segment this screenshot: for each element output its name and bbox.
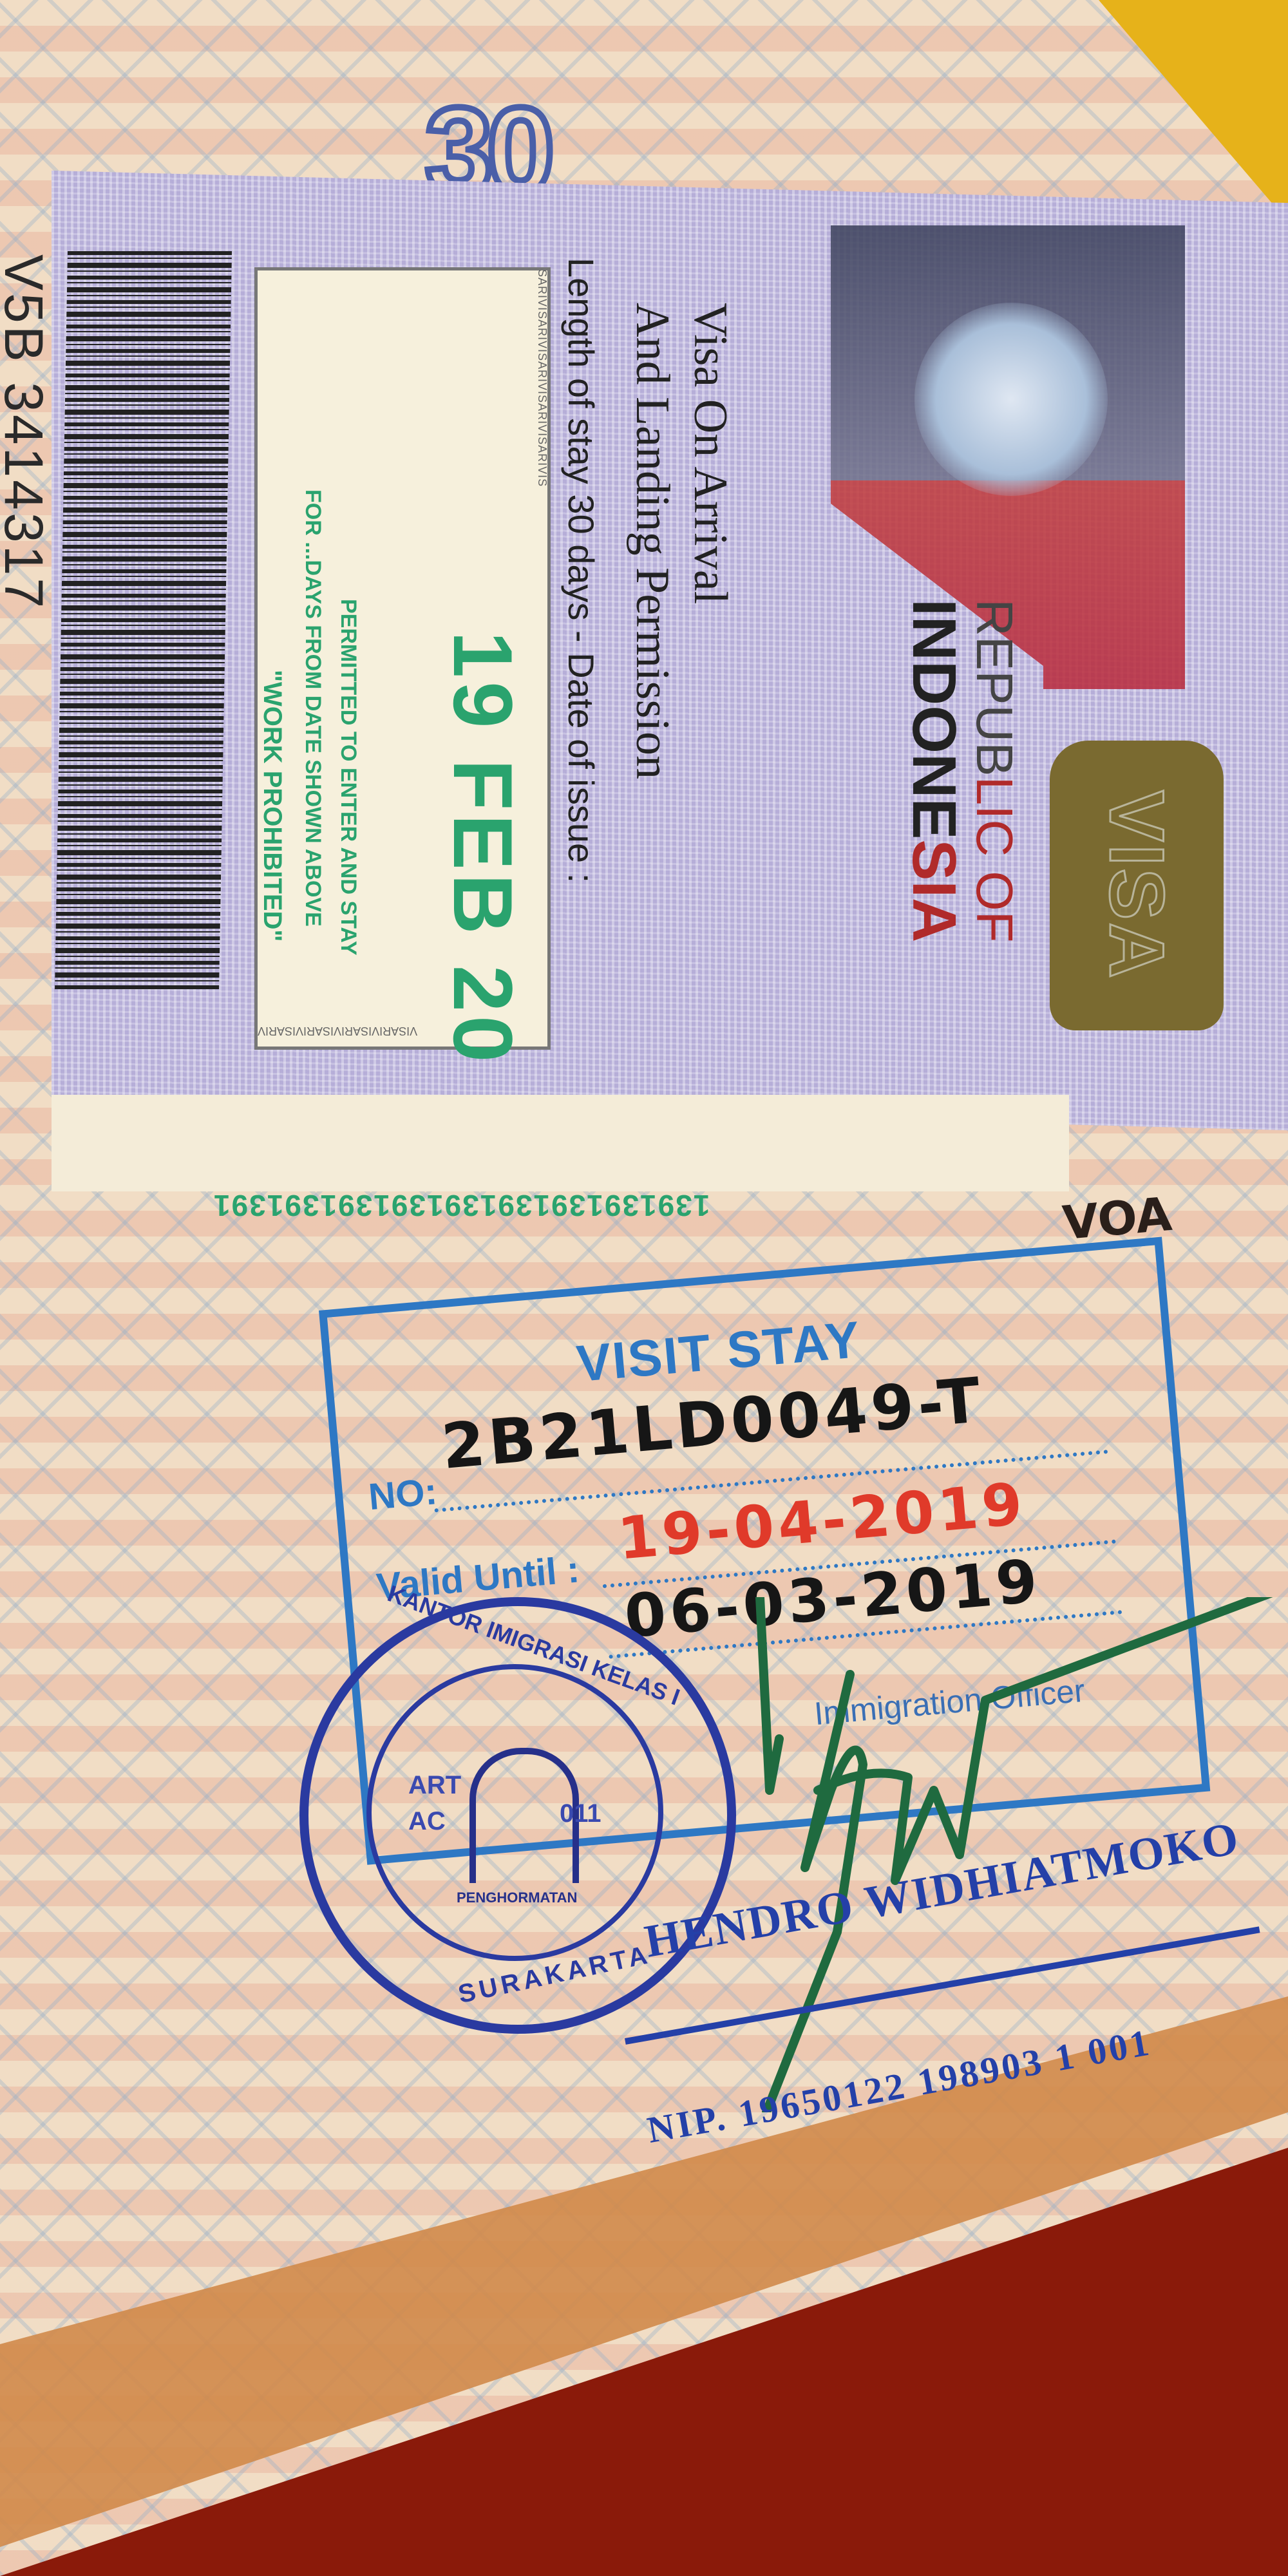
length-of-stay-line: Length of stay 30 days - Date of issue : — [560, 258, 602, 883]
passport-cover-edge — [1018, 0, 1288, 206]
permit-line-3: "WORK PROHIBITED" — [258, 670, 287, 942]
seal-left-text: ARTAC — [408, 1767, 461, 1839]
security-microtext: SARIVISARIVISARIVISARIVISARIVIS — [535, 269, 549, 487]
country-line-1-suffix: LIC OF — [966, 777, 1023, 943]
country-line-1-prefix: REPUB — [966, 599, 1023, 777]
country-line-1: REPUBLIC OF — [965, 599, 1024, 942]
visa-serial-number: V5B 3414317 — [0, 254, 55, 611]
sticker-lower-strip — [52, 1095, 1069, 1191]
seal-art-label: ART — [408, 1767, 461, 1803]
entry-date-stamp: 19 FEB 20 — [435, 631, 531, 1066]
permit-line-1: PERMITTED TO ENTER AND STAY — [336, 599, 361, 956]
visa-subtitle: And Landing Permission — [629, 303, 676, 779]
immigration-office-seal: KANTOR IMIGRASI KELAS I ARTAC 011 PENGHO… — [299, 1597, 736, 2034]
visa-title: Visa On Arrival — [687, 303, 734, 604]
garuda-hologram-icon — [914, 303, 1108, 496]
permit-line-2: FOR ...DAYS FROM DATE SHOWN ABOVE — [300, 489, 325, 927]
stamp-no-label: NO: — [367, 1470, 439, 1519]
country-line-2-suffix: SIA — [900, 839, 969, 942]
country-line-2-prefix: INDONE — [900, 599, 969, 839]
seal-number: 011 — [560, 1799, 601, 1828]
visa-badge: VISA — [1050, 741, 1224, 1030]
seal-inner-text: PENGHORMATAN — [457, 1889, 577, 1906]
seal-ac-label: AC — [408, 1803, 461, 1839]
country-line-2: INDONESIA — [898, 599, 969, 942]
security-microtext-bottom: VISARIVISARIVISARIVISARIV — [258, 1024, 417, 1037]
passport-page: 30 VISA REPUBLIC OF INDONESIA Visa On Ar… — [0, 0, 1288, 2576]
visa-badge-label: VISA — [1092, 790, 1181, 981]
entry-stamp-frame-numbers: 1391391391391391391391391391 — [213, 1188, 710, 1223]
barcode — [55, 251, 232, 992]
